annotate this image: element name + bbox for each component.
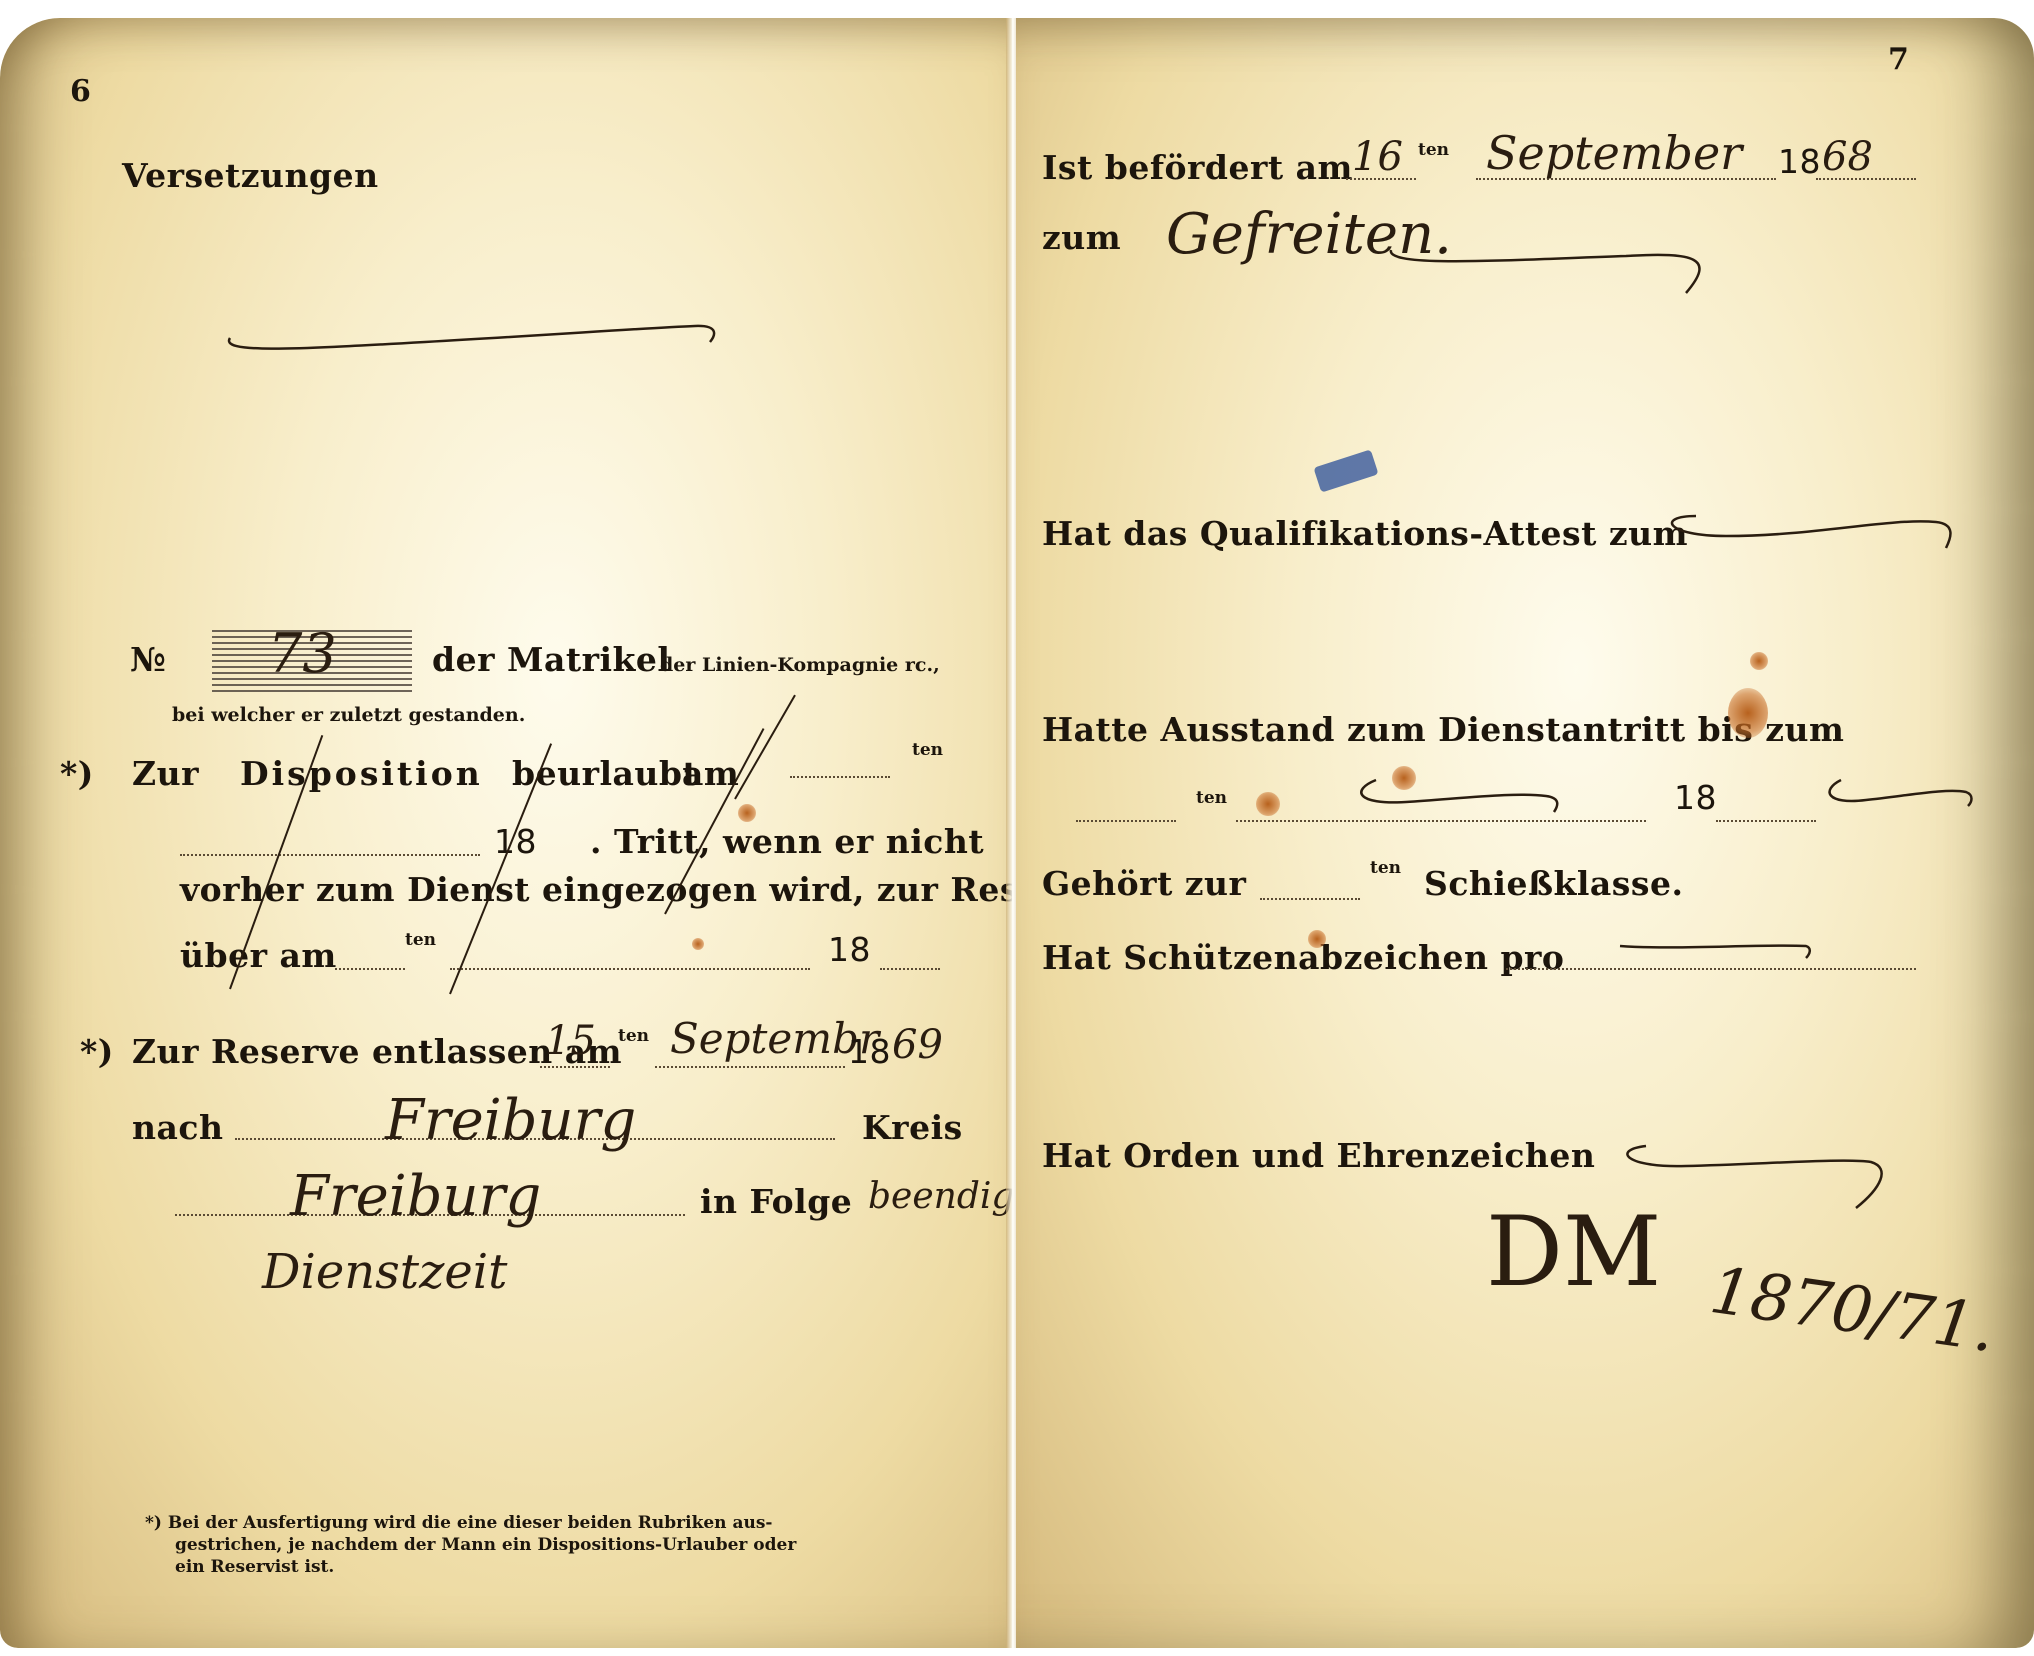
disposition-line3: vorher zum Dienst eingezogen wird, zur R…: [180, 870, 1012, 909]
schiessklasse-ten: ten: [1370, 858, 1401, 878]
reserve-year-prefix: 18: [848, 1032, 891, 1071]
reserve-ten: ten: [618, 1026, 649, 1046]
zum-flourish: [1386, 238, 1726, 308]
disposition-line4-label: über am: [180, 936, 337, 975]
disposition-label-disposition: Disposition: [240, 754, 483, 793]
reserve-folge-value-1: beendigter: [868, 1176, 1012, 1217]
schuetzen-flourish: [1616, 936, 1816, 966]
ausstand-day-field: [1076, 820, 1176, 822]
matrikel-number-value: 73: [268, 622, 337, 685]
schiessklasse-label-1: Gehört zur: [1042, 864, 1246, 903]
reserve-nach-value: Freiburg: [385, 1088, 636, 1153]
schiessklasse-field: [1260, 898, 1360, 900]
ausstand-ten: ten: [1196, 788, 1227, 808]
blank-flourish-versetzungen: [225, 298, 725, 358]
reserve-year-suffix: 69: [892, 1022, 943, 1068]
reserve-kreis-value: Freiburg: [290, 1164, 541, 1229]
number-sign: №: [130, 640, 166, 679]
stain: [692, 938, 704, 950]
page-number-left: 6: [70, 74, 91, 109]
document-spread: 6 Versetzungen № 73 der Matrikel der Lin…: [0, 0, 2034, 1656]
orden-label: Hat Orden und Ehrenzeichen: [1042, 1136, 1595, 1175]
ausstand-year-prefix: 18: [1674, 778, 1717, 817]
heading-versetzungen: Versetzungen: [122, 156, 379, 195]
befoerdert-month-value: September: [1486, 126, 1742, 180]
reserve-month-field: [655, 1066, 845, 1068]
disposition-line4-day-field: [335, 968, 405, 970]
disposition-label-zur: Zur: [132, 754, 199, 793]
disposition-line4-month-field: [450, 968, 810, 970]
befoerdert-year-suffix: 68: [1822, 134, 1873, 180]
disposition-line4-year: 18: [828, 930, 871, 969]
matrikel-label: der Matrikel: [432, 640, 670, 679]
disposition-line4-year-field: [880, 968, 940, 970]
matrikel-label-small: der Linien-Kompagnie rc.,: [660, 654, 940, 676]
orden-value-dm: DM: [1486, 1196, 1661, 1308]
disposition-month-field: [180, 854, 480, 856]
matrikel-line2: bei welcher er zuletzt gestanden.: [172, 704, 525, 726]
schiessklasse-label-2: Schießklasse.: [1424, 864, 1683, 903]
reserve-kreis-label: Kreis: [862, 1108, 963, 1147]
left-page: 6 Versetzungen № 73 der Matrikel der Lin…: [0, 18, 1012, 1648]
befoerdert-year-field: [1816, 178, 1916, 180]
befoerdert-label: Ist befördert am: [1042, 148, 1353, 187]
stain: [1308, 930, 1326, 948]
ausstand-year-field: [1716, 820, 1816, 822]
stain: [1728, 688, 1768, 738]
stain: [738, 804, 756, 822]
stain: [1750, 652, 1768, 670]
befoerdert-ten: ten: [1418, 140, 1449, 160]
page-number-right: 7: [1888, 42, 1909, 77]
disposition-line2-rest: . Tritt, wenn er nicht: [590, 822, 984, 861]
footnote: *) Bei der Ausfertigung wird die eine di…: [145, 1512, 772, 1578]
orden-value-years: 1870/71.: [1706, 1254, 2000, 1367]
zum-label: zum: [1042, 218, 1121, 257]
reserve-folge-label: in Folge: [700, 1182, 852, 1221]
schuetzen-field: [1506, 968, 1916, 970]
befoerdert-day-value: 16: [1352, 134, 1403, 180]
qualifikation-label: Hat das Qualifikations-Attest zum: [1042, 514, 1688, 553]
schuetzen-label: Hat Schützenabzeichen pro: [1042, 938, 1564, 977]
qualifikation-flourish: [1666, 508, 1966, 568]
reserve-folge-value-2: Dienstzeit: [262, 1244, 507, 1300]
footnote-line-1: *) Bei der Ausfertigung wird die eine di…: [145, 1512, 772, 1534]
befoerdert-year-prefix: 18: [1778, 142, 1821, 181]
footnote-line-3: ein Reservist ist.: [175, 1556, 802, 1578]
footnote-line-2: gestrichen, je nachdem der Mann ein Disp…: [175, 1534, 802, 1556]
disposition-ten: ten: [912, 740, 943, 760]
disposition-day-field: [790, 776, 890, 778]
ausstand-year-flourish: [1816, 770, 1976, 820]
strike-line-4: [734, 695, 796, 800]
right-page: 7 Ist befördert am 16 ten September 18 6…: [1016, 18, 2034, 1648]
ausstand-flourish: [1346, 770, 1586, 820]
disposition-line4-ten: ten: [405, 930, 436, 950]
reserve-marker: *): [80, 1032, 114, 1071]
disposition-marker: *): [60, 754, 94, 793]
stain: [1392, 766, 1416, 790]
stain: [1256, 792, 1280, 816]
reserve-day-field: [540, 1066, 610, 1068]
ausstand-label: Hatte Ausstand zum Dienstantritt bis zum: [1042, 710, 1844, 749]
reserve-day-value: 15: [545, 1018, 596, 1064]
reserve-nach-label: nach: [132, 1108, 223, 1147]
blue-stamp-fragment: [1313, 449, 1378, 492]
ausstand-month-field: [1236, 820, 1646, 822]
